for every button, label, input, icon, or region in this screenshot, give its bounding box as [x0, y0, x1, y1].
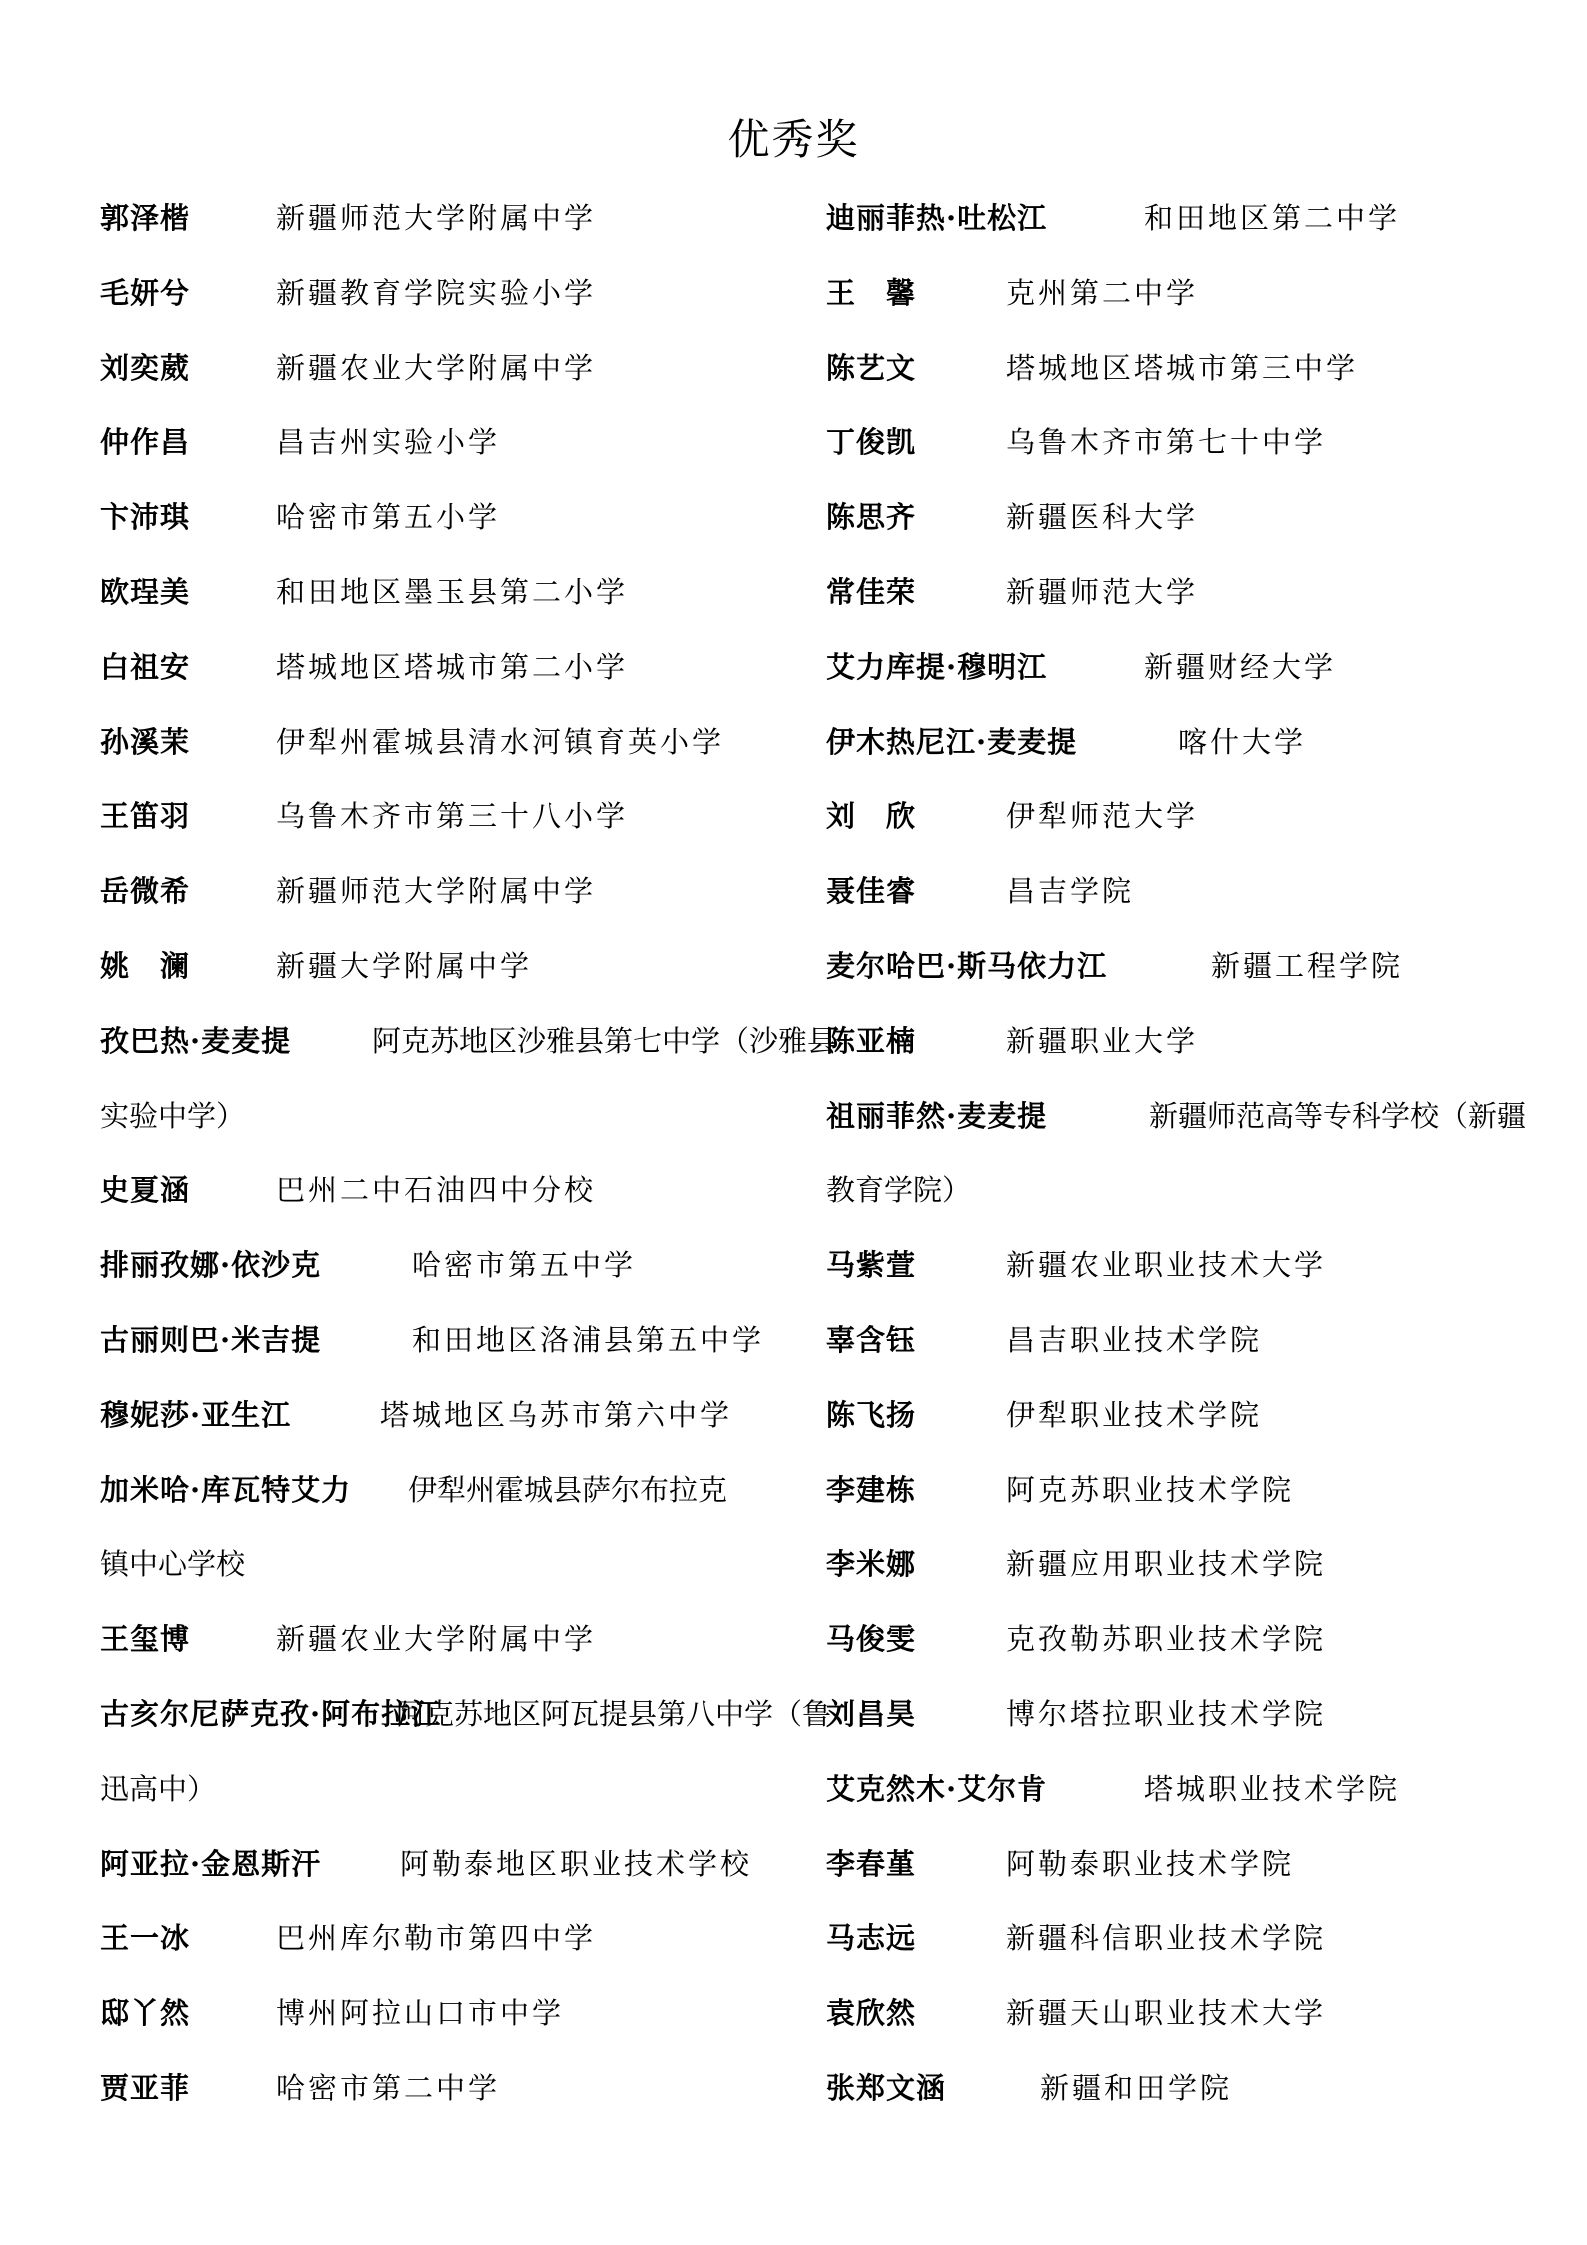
- recipient-name: 李春堇: [826, 1844, 916, 1884]
- recipient-name: 排丽孜娜·依沙克: [100, 1245, 321, 1285]
- school-name: 昌吉职业技术学院: [1006, 1320, 1262, 1360]
- recipient-name: 毛妍兮: [100, 273, 190, 313]
- school-name: 喀什大学: [1178, 722, 1306, 762]
- school-name: 巴州库尔勒市第四中学: [276, 1918, 596, 1958]
- school-name: 新疆职业大学: [1006, 1021, 1198, 1061]
- school-name: 塔城职业技术学院: [1144, 1769, 1400, 1809]
- school-name: 新疆应用职业技术学院: [1006, 1544, 1326, 1584]
- school-name: 阿克苏地区阿瓦提县第八中学（鲁: [396, 1694, 831, 1734]
- recipient-name: 王笛羽: [100, 796, 190, 836]
- recipient-name: 辜含钰: [826, 1320, 916, 1360]
- recipient-name: 陈艺文: [826, 348, 916, 388]
- recipient-name: 麦尔哈巴·斯马依力江: [826, 946, 1107, 986]
- school-name: 昌吉学院: [1006, 871, 1134, 911]
- school-name: 哈密市第五小学: [276, 497, 500, 537]
- school-name: 新疆和田学院: [1040, 2068, 1232, 2108]
- recipient-name: 穆妮莎·亚生江: [100, 1395, 291, 1435]
- recipient-name: 艾力库提·穆明江: [826, 647, 1047, 687]
- recipient-name: 李米娜: [826, 1544, 916, 1584]
- school-name: 新疆农业大学附属中学: [276, 348, 596, 388]
- recipient-name: 刘 欣: [826, 796, 916, 836]
- school-name: 新疆教育学院实验小学: [276, 273, 596, 313]
- school-name: 克孜勒苏职业技术学院: [1006, 1619, 1326, 1659]
- recipient-name: 伊木热尼江·麦麦提: [826, 722, 1077, 762]
- page-title: 优秀奖: [0, 117, 1587, 163]
- recipient-name: 姚 澜: [100, 946, 190, 986]
- recipient-name: 马紫萱: [826, 1245, 916, 1285]
- school-name: 新疆师范大学附属中学: [276, 871, 596, 911]
- recipient-name: 祖丽菲然·麦麦提: [826, 1096, 1047, 1136]
- school-name-continuation: 镇中心学校: [100, 1544, 245, 1584]
- recipient-name: 迪丽菲热·吐松江: [826, 198, 1047, 238]
- recipient-name: 贾亚菲: [100, 2068, 190, 2108]
- recipient-name: 马俊雯: [826, 1619, 916, 1659]
- school-name: 伊犁师范大学: [1006, 796, 1198, 836]
- recipient-name: 陈亚楠: [826, 1021, 916, 1061]
- school-name: 博尔塔拉职业技术学院: [1006, 1694, 1326, 1734]
- school-name: 阿勒泰地区职业技术学校: [400, 1844, 752, 1884]
- recipient-name: 袁欣然: [826, 1993, 916, 2033]
- school-name: 新疆师范大学: [1006, 572, 1198, 612]
- school-name-continuation: 迅高中）: [100, 1769, 216, 1809]
- school-name: 哈密市第五中学: [412, 1245, 636, 1285]
- school-name: 和田地区洛浦县第五中学: [412, 1320, 764, 1360]
- school-name: 新疆医科大学: [1006, 497, 1198, 537]
- recipient-name: 卞沛琪: [100, 497, 190, 537]
- school-name: 新疆农业大学附属中学: [276, 1619, 596, 1659]
- school-name: 乌鲁木齐市第三十八小学: [276, 796, 628, 836]
- recipient-name: 马志远: [826, 1918, 916, 1958]
- recipient-name: 陈思齐: [826, 497, 916, 537]
- recipient-name: 孙溪茉: [100, 722, 190, 762]
- school-name-continuation: 实验中学）: [100, 1096, 245, 1136]
- recipient-name: 古亥尔尼萨克孜·阿布拉江: [100, 1694, 441, 1734]
- school-name: 克州第二中学: [1006, 273, 1198, 313]
- recipient-name: 郭泽楷: [100, 198, 190, 238]
- school-name: 新疆师范大学附属中学: [276, 198, 596, 238]
- recipient-name: 王 馨: [826, 273, 916, 313]
- recipient-name: 岳微希: [100, 871, 190, 911]
- school-name: 阿克苏地区沙雅县第七中学（沙雅县: [372, 1021, 836, 1061]
- school-name: 伊犁职业技术学院: [1006, 1395, 1262, 1435]
- school-name: 新疆财经大学: [1144, 647, 1336, 687]
- school-name: 伊犁州霍城县萨尔布拉克: [408, 1470, 727, 1510]
- recipient-name: 聂佳睿: [826, 871, 916, 911]
- school-name: 塔城地区塔城市第二小学: [276, 647, 628, 687]
- recipient-name: 常佳荣: [826, 572, 916, 612]
- recipient-name: 邸丫然: [100, 1993, 190, 2033]
- school-name: 和田地区墨玉县第二小学: [276, 572, 628, 612]
- school-name: 昌吉州实验小学: [276, 422, 500, 462]
- recipient-name: 加米哈·库瓦特艾力: [100, 1470, 351, 1510]
- recipient-name: 史夏涵: [100, 1170, 190, 1210]
- recipient-name: 阿亚拉·金恩斯汗: [100, 1844, 321, 1884]
- school-name: 新疆天山职业技术大学: [1006, 1993, 1326, 2033]
- recipient-name: 李建栋: [826, 1470, 916, 1510]
- school-name: 和田地区第二中学: [1144, 198, 1400, 238]
- school-name: 博州阿拉山口市中学: [276, 1993, 564, 2033]
- school-name: 新疆科信职业技术学院: [1006, 1918, 1326, 1958]
- school-name: 哈密市第二中学: [276, 2068, 500, 2108]
- recipient-name: 王玺博: [100, 1619, 190, 1659]
- recipient-name: 古丽则巴·米吉提: [100, 1320, 321, 1360]
- recipient-name: 艾克然木·艾尔肯: [826, 1769, 1047, 1809]
- school-name: 巴州二中石油四中分校: [276, 1170, 596, 1210]
- school-name: 阿克苏职业技术学院: [1006, 1470, 1294, 1510]
- school-name: 乌鲁木齐市第七十中学: [1006, 422, 1326, 462]
- school-name-continuation: 教育学院）: [826, 1170, 971, 1210]
- recipient-name: 白祖安: [100, 647, 190, 687]
- school-name: 伊犁州霍城县清水河镇育英小学: [276, 722, 724, 762]
- recipient-name: 刘奕葳: [100, 348, 190, 388]
- school-name: 塔城地区塔城市第三中学: [1006, 348, 1358, 388]
- school-name: 阿勒泰职业技术学院: [1006, 1844, 1294, 1884]
- recipient-name: 张郑文涵: [826, 2068, 946, 2108]
- recipient-name: 丁俊凯: [826, 422, 916, 462]
- recipient-name: 刘昌昊: [826, 1694, 916, 1734]
- recipient-name: 王一冰: [100, 1918, 190, 1958]
- recipient-name: 欧珵美: [100, 572, 190, 612]
- school-name: 新疆农业职业技术大学: [1006, 1245, 1326, 1285]
- recipient-name: 陈飞扬: [826, 1395, 916, 1435]
- school-name: 塔城地区乌苏市第六中学: [380, 1395, 732, 1435]
- school-name: 新疆师范高等专科学校（新疆: [1149, 1096, 1526, 1136]
- school-name: 新疆大学附属中学: [276, 946, 532, 986]
- recipient-name: 孜巴热·麦麦提: [100, 1021, 291, 1061]
- school-name: 新疆工程学院: [1211, 946, 1403, 986]
- recipient-name: 仲作昌: [100, 422, 190, 462]
